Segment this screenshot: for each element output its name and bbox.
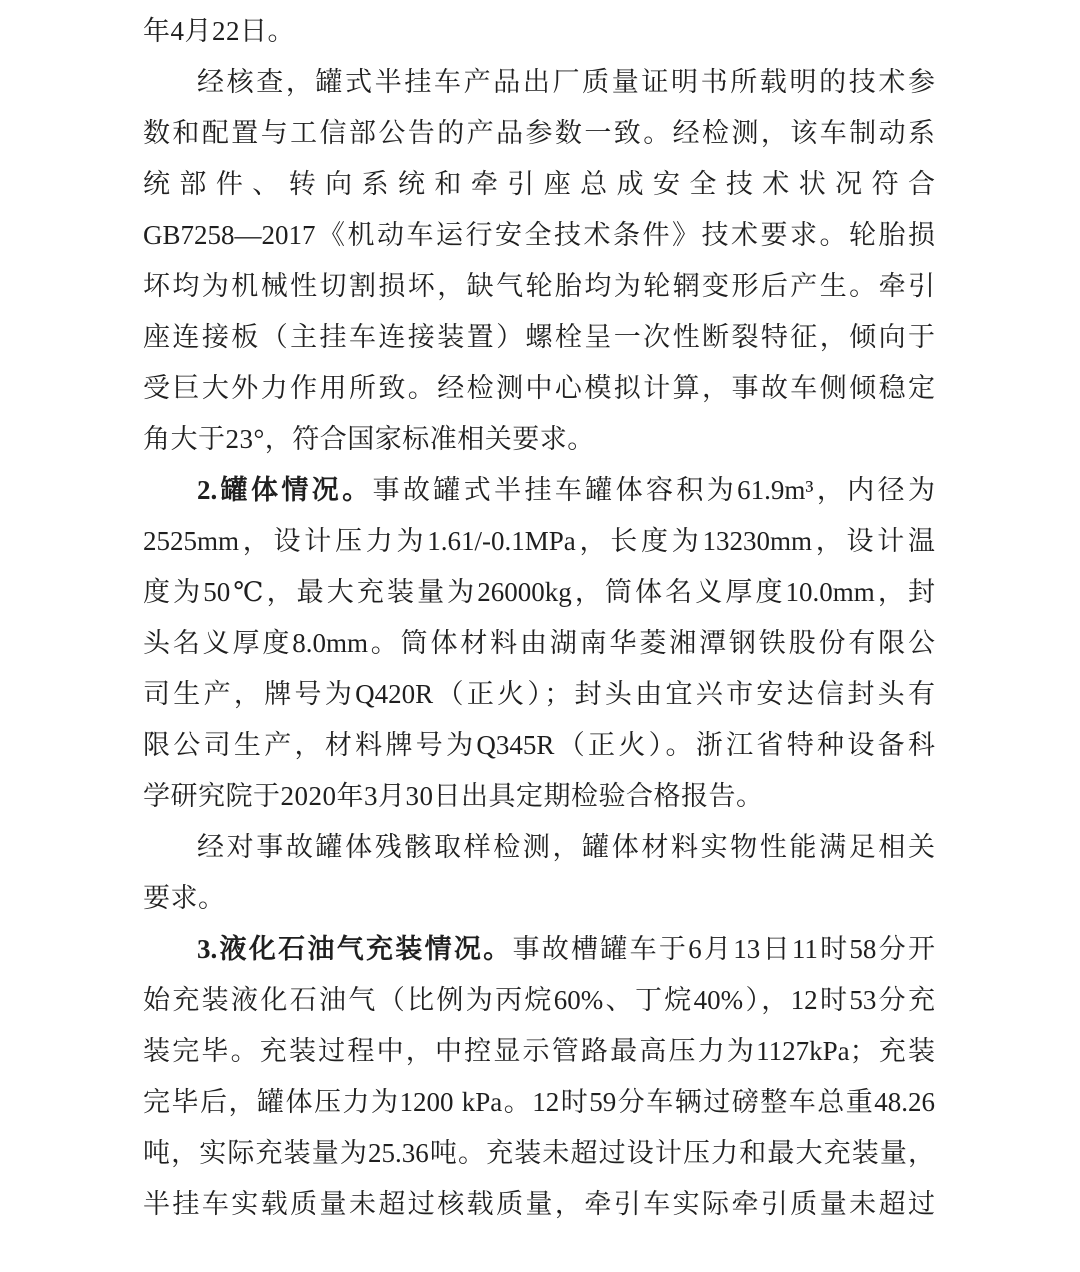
text-line: 完毕后，罐体压力为1200 kPa。12时59分车辆过磅整车总重48.26 bbox=[143, 1077, 935, 1128]
text-line: 司生产，牌号为Q420R（正火）；封头由宜兴市安达信封头有 bbox=[143, 669, 935, 720]
line-text: 事故罐式半挂车罐体容积为61.9m³，内径为 bbox=[373, 475, 935, 505]
section-heading-lpg-filling: 3.液化石油气充装情况。 bbox=[197, 934, 512, 964]
text-line: 角大于23°，符合国家标准相关要求。 bbox=[143, 414, 935, 465]
text-line: 受巨大外力作用所致。经检测中心模拟计算，事故车侧倾稳定 bbox=[143, 363, 935, 414]
report-text-block: 年4月22日。 经核查，罐式半挂车产品出厂质量证明书所载明的技术参 数和配置与工… bbox=[143, 6, 935, 1230]
text-line: 吨，实际充装量为25.36吨。充装未超过设计压力和最大充装量， bbox=[143, 1128, 935, 1179]
text-line: 经核查，罐式半挂车产品出厂质量证明书所载明的技术参 bbox=[143, 57, 935, 108]
text-line: 座连接板（主挂车连接装置）螺栓呈一次性断裂特征，倾向于 bbox=[143, 312, 935, 363]
text-line: 经对事故罐体残骸取样检测，罐体材料实物性能满足相关 bbox=[143, 822, 935, 873]
text-line: 装完毕。充装过程中，中控显示管路最高压力为1127kPa；充装 bbox=[143, 1026, 935, 1077]
text-line: 学研究院于2020年3月30日出具定期检验合格报告。 bbox=[143, 771, 935, 822]
text-line: 始充装液化石油气（比例为丙烷60%、丁烷40%），12时53分充 bbox=[143, 975, 935, 1026]
text-line: 坏均为机械性切割损坏，缺气轮胎均为轮辋变形后产生。牵引 bbox=[143, 261, 935, 312]
text-line: 头名义厚度8.0mm。筒体材料由湖南华菱湘潭钢铁股份有限公 bbox=[143, 618, 935, 669]
text-line: 2.罐体情况。事故罐式半挂车罐体容积为61.9m³，内径为 bbox=[143, 465, 935, 516]
text-line: 3.液化石油气充装情况。事故槽罐车于6月13日11时58分开 bbox=[143, 924, 935, 975]
section-heading-tank-condition: 2.罐体情况。 bbox=[197, 475, 373, 505]
document-page: 年4月22日。 经核查，罐式半挂车产品出厂质量证明书所载明的技术参 数和配置与工… bbox=[0, 0, 1080, 1272]
text-line: 限公司生产，材料牌号为Q345R（正火）。浙江省特种设备科 bbox=[143, 720, 935, 771]
text-line: GB7258—2017《机动车运行安全技术条件》技术要求。轮胎损 bbox=[143, 210, 935, 261]
text-line: 年4月22日。 bbox=[143, 6, 935, 57]
text-line: 统部件、转向系统和牵引座总成安全技术状况符合 bbox=[143, 159, 935, 210]
text-line: 要求。 bbox=[143, 873, 935, 924]
text-line: 2525mm，设计压力为1.61/-0.1MPa，长度为13230mm，设计温 bbox=[143, 516, 935, 567]
line-text: 事故槽罐车于6月13日11时58分开 bbox=[512, 934, 935, 964]
text-line: 数和配置与工信部公告的产品参数一致。经检测，该车制动系 bbox=[143, 108, 935, 159]
text-line: 度为50℃，最大充装量为26000kg，筒体名义厚度10.0mm，封 bbox=[143, 567, 935, 618]
text-line: 半挂车实载质量未超过核载质量，牵引车实际牵引质量未超过 bbox=[143, 1179, 935, 1230]
